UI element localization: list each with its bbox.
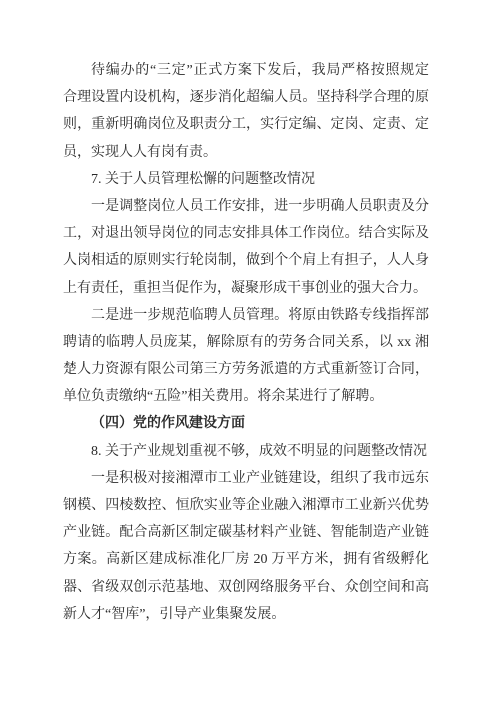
- body-text-line: 二是进一步规范临聘人员管理。将原由铁路专线指挥部: [63, 302, 429, 329]
- body-text-line: 一是积极对接湘潭市工业产业链建设，组织了我市远东: [63, 465, 429, 492]
- body-text-line: 方案。高新区建成标准化厂房 20 万平方米，拥有省级孵化: [63, 546, 429, 573]
- body-text-line: 一是调整岗位人员工作安排，进一步明确人员职责及分: [63, 193, 429, 220]
- document-body-text: 待编办的“三定”正式方案下发后，我局严格按照规定 合理设置内设机构，逐步消化超编…: [63, 57, 429, 628]
- body-text-line: 员，实现人人有岗有责。: [63, 139, 429, 166]
- numbered-heading-8: 8. 关于产业规划重视不够，成效不明显的问题整改情况: [63, 438, 429, 465]
- body-text-line: 合理设置内设机构，逐步消化超编人员。坚持科学合理的原: [63, 84, 429, 111]
- body-text-line: 单位负责缴纳“五险”相关费用。将余某进行了解聘。: [63, 383, 429, 410]
- section-heading-4: （四）党的作风建设方面: [63, 410, 429, 437]
- body-text-line: 楚人力资源有限公司第三方劳务派遣的方式重新签订合同，: [63, 356, 429, 383]
- body-text-line: 工，对退出领导岗位的同志安排具体工作岗位。结合实际及: [63, 220, 429, 247]
- body-text-line: 聘请的临聘人员庞某，解除原有的劳务合同关系，以 xx 湘: [63, 329, 429, 356]
- body-text-line: 产业链。配合高新区制定碳基材料产业链、智能制造产业链: [63, 519, 429, 546]
- body-text-line: 人岗相适的原则实行轮岗制，做到个个肩上有担子，人人身: [63, 247, 429, 274]
- document-page: 待编办的“三定”正式方案下发后，我局严格按照规定 合理设置内设机构，逐步消化超编…: [0, 0, 499, 706]
- body-text-line: 上有责任，重担当促作为，凝聚形成干事创业的强大合力。: [63, 275, 429, 302]
- body-text-line: 器、省级双创示范基地、双创网络服务平台、众创空间和高: [63, 574, 429, 601]
- body-text-line: 待编办的“三定”正式方案下发后，我局严格按照规定: [63, 57, 429, 84]
- body-text-line: 则，重新明确岗位及职责分工，实行定编、定岗、定责、定: [63, 111, 429, 138]
- numbered-heading-7: 7. 关于人员管理松懈的问题整改情况: [63, 166, 429, 193]
- body-text-line: 新人才“智库”，引导产业集聚发展。: [63, 601, 429, 628]
- body-text-line: 钢模、四棱数控、恒欣实业等企业融入湘潭市工业新兴优势: [63, 492, 429, 519]
